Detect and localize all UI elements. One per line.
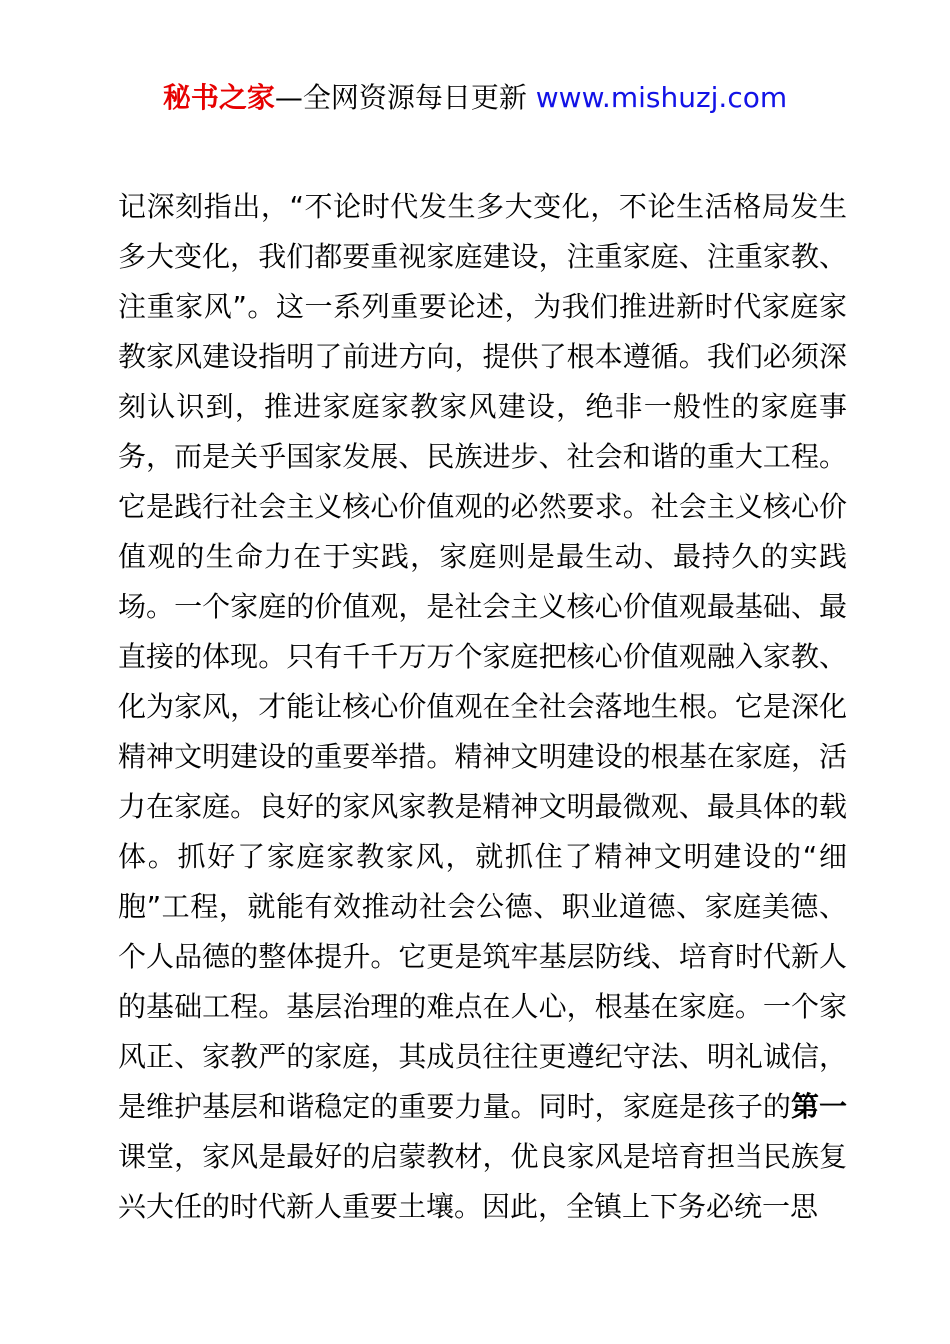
paragraph-bold-run: 第一 (791, 1090, 847, 1123)
site-name: 秘书之家 (163, 81, 275, 114)
site-header: 秘书之家—全网资源每日更新 www.mishuzj.com (0, 0, 950, 116)
paragraph-text-after-bold: 课堂，家风是最好的启蒙教材，优良家风是培育担当民族复兴大任的时代新人重要土壤。因… (118, 1140, 847, 1223)
document-paragraph: 记深刻指出，“不论时代发生多大变化，不论生活格局发生多大变化，我们都要重视家庭建… (118, 182, 847, 1232)
site-url-link[interactable]: www.mishuzj.com (536, 81, 787, 114)
site-tagline: —全网资源每日更新 (275, 81, 536, 114)
paragraph-text-before-bold: 记深刻指出，“不论时代发生多大变化，不论生活格局发生多大变化，我们都要重视家庭建… (118, 190, 847, 1123)
document-page: 秘书之家—全网资源每日更新 www.mishuzj.com 记深刻指出，“不论时… (0, 0, 950, 1344)
